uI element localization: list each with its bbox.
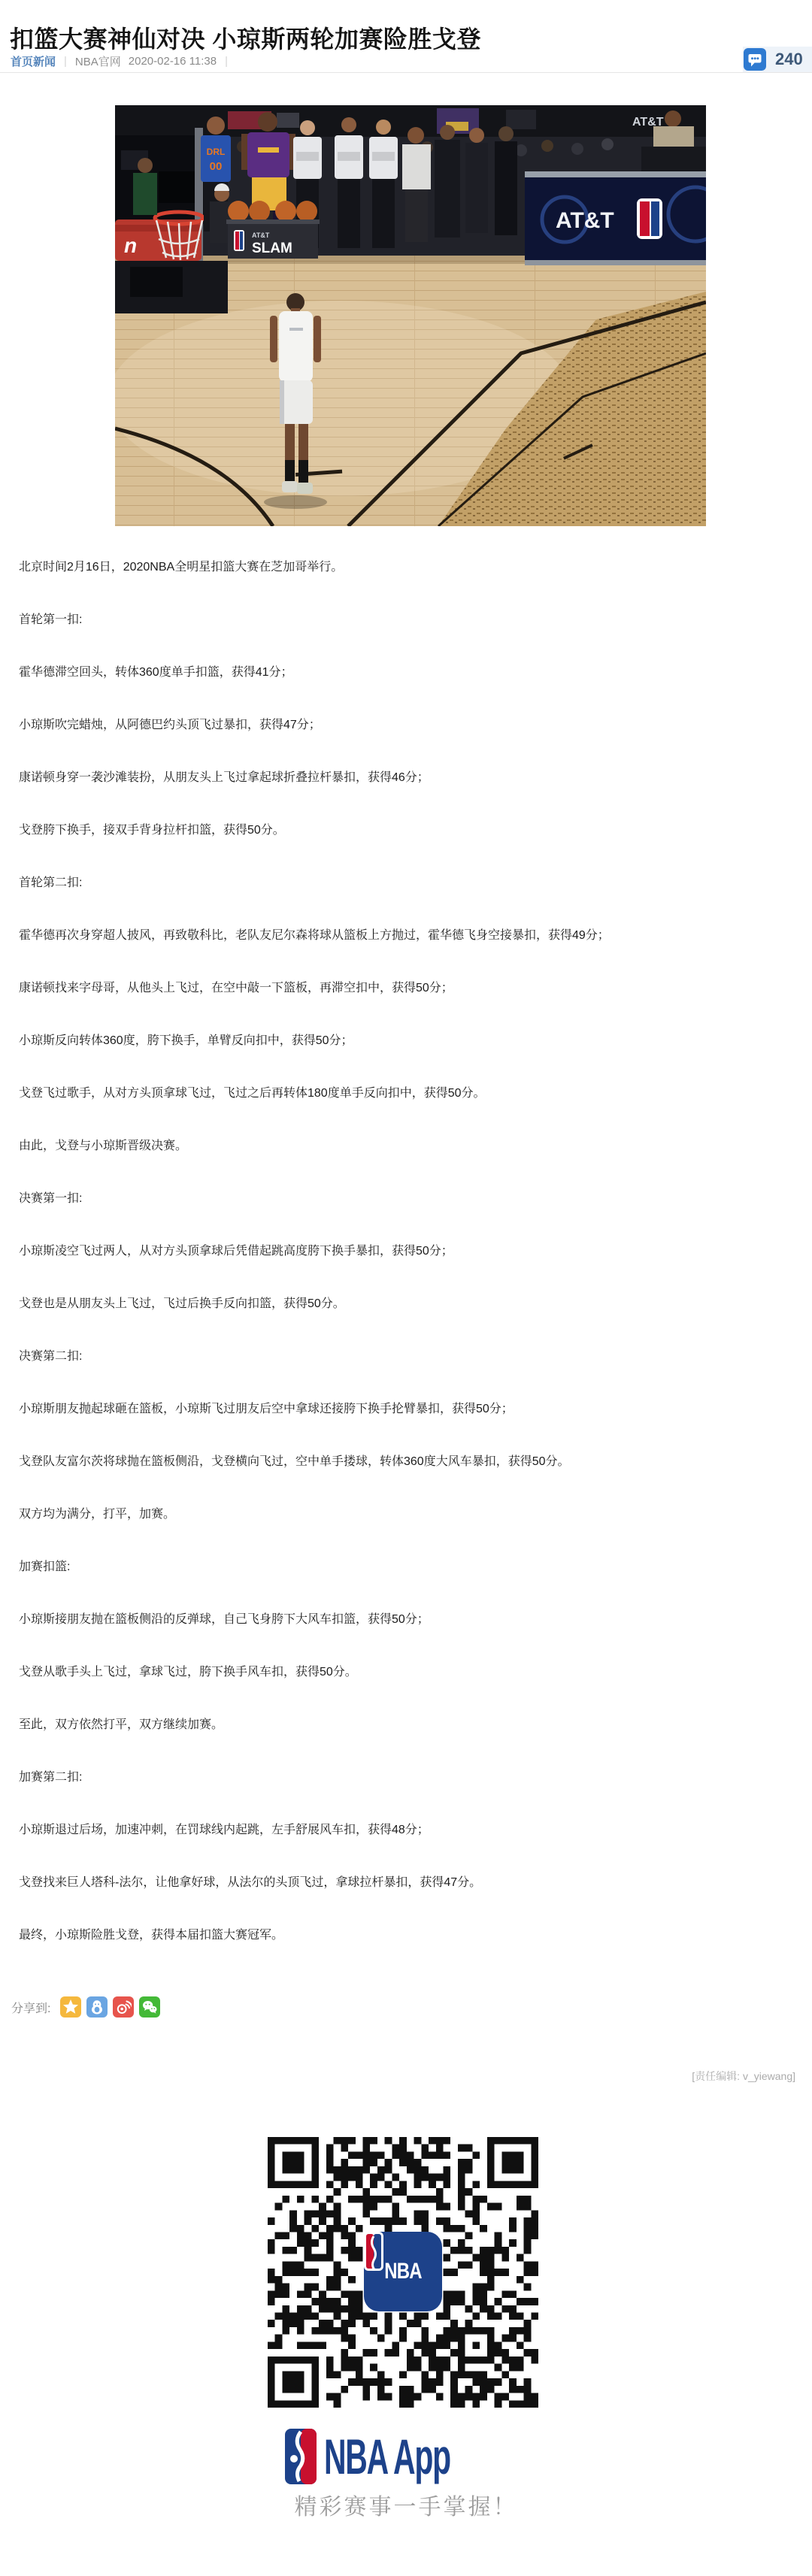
- article-paragraph: 北京时间2月16日，2020NBA全明星扣篮大赛在芝加哥举行。: [19, 560, 793, 575]
- svg-text:DRL: DRL: [207, 147, 226, 157]
- share-qq-button[interactable]: [86, 1996, 108, 2018]
- article-paragraph: 双方均为满分，打平，加赛。: [19, 1507, 793, 1522]
- article-paragraph: 首轮第二扣:: [19, 876, 793, 891]
- share-bar: 分享到:: [11, 1995, 165, 2019]
- led-att-text: AT&T: [556, 208, 614, 233]
- qr-badge-nba-text: NBA: [384, 2259, 422, 2284]
- article-paragraph: 小琼斯吹完蜡烛，从阿德巴约头顶飞过暴扣，获得47分；: [19, 718, 793, 733]
- meta-separator: |: [64, 55, 67, 68]
- dunk-contest-scene: AT&T AT&T: [115, 105, 706, 526]
- svg-text:AT&T: AT&T: [252, 232, 270, 239]
- share-weibo-button[interactable]: [113, 1996, 134, 2018]
- qq-penguin-icon: [89, 1999, 105, 2015]
- article-photo: AT&T AT&T: [115, 105, 706, 526]
- header-divider: [0, 72, 812, 73]
- article-paragraph: 由此，戈登与小琼斯晋级决赛。: [19, 1139, 793, 1154]
- nba-logo-banner: [637, 198, 662, 239]
- editor-note: [责任编辑: v_yiewang]: [692, 2069, 795, 2084]
- article-timestamp: 2020-02-16 11:38: [129, 55, 217, 68]
- nba-app-logo: NBA App: [0, 2426, 812, 2487]
- nba-logoman-icon: [285, 2429, 317, 2484]
- qzone-star-icon: [62, 1999, 79, 2015]
- breadcrumb-home-link[interactable]: 首页新闻: [11, 53, 56, 69]
- wechat-bubbles-icon: [141, 1999, 158, 2015]
- article-paragraph: 决赛第二扣:: [19, 1349, 793, 1364]
- article-source: NBA官网: [75, 53, 121, 69]
- article-page: 扣篮大赛神仙对决 小琼斯两轮加赛险胜戈登 首页新闻 | NBA官网 2020-0…: [0, 0, 812, 2576]
- article-paragraph: 小琼斯凌空飞过两人，从对方头顶拿球后凭借起跳高度胯下换手暴扣，获得50分；: [19, 1244, 793, 1259]
- nba-app-qr-code: NBA: [268, 2137, 538, 2408]
- article-paragraph: 至此，双方依然打平，双方继续加赛。: [19, 1718, 793, 1733]
- nba-app-wordmark: NBA App: [324, 2428, 450, 2485]
- article-body: 北京时间2月16日，2020NBA全明星扣篮大赛在芝加哥举行。 首轮第一扣: 霍…: [19, 560, 793, 1981]
- article-paragraph: 康诺顿身穿一袭沙滩装扮，从朋友头上飞过拿起球折叠拉杆暴扣，获得46分；: [19, 770, 793, 786]
- article-paragraph: 霍华德再次身穿超人披风，再致敬科比，老队友尼尔森将球从篮板上方抛过，霍华德飞身空…: [19, 928, 793, 943]
- rack-sign-slam-text: SLAM: [252, 241, 292, 256]
- article-paragraph: 首轮第一扣:: [19, 613, 793, 628]
- meta-separator: |: [225, 55, 228, 68]
- share-qzone-button[interactable]: [60, 1996, 81, 2018]
- article-paragraph: 小琼斯朋友抛起球砸在篮板，小琼斯飞过朋友后空中拿球还接胯下换手抡臂暴扣，获得50…: [19, 1402, 793, 1417]
- article-paragraph: 最终，小琼斯险胜戈登，获得本届扣篮大赛冠军。: [19, 1928, 793, 1943]
- article-paragraph: 戈登也是从朋友头上飞过，飞过后换手反向扣篮，获得50分。: [19, 1297, 793, 1312]
- app-tagline: 精彩赛事一手掌握！: [0, 2488, 812, 2521]
- comment-button[interactable]: 240: [743, 47, 812, 72]
- share-label: 分享到:: [11, 1999, 50, 2016]
- article-paragraph: 霍华德滞空回头，转体360度单手扣篮，获得41分；: [19, 665, 793, 680]
- weibo-eye-icon: [115, 1999, 132, 2015]
- article-paragraph: 小琼斯退过后场，加速冲刺，在罚球线内起跳，左手舒展风车扣，获得48分；: [19, 1823, 793, 1838]
- svg-text:00: 00: [210, 160, 223, 173]
- article-paragraph: 加赛扣篮:: [19, 1560, 793, 1575]
- qr-center-nba-badge: NBA: [364, 2232, 442, 2311]
- article-paragraph: 戈登从歌手头上飞过，拿球飞过，胯下换手风车扣，获得50分。: [19, 1665, 793, 1680]
- article-paragraph: 戈登胯下换手，接双手背身拉杆扣篮，获得50分。: [19, 823, 793, 838]
- article-paragraph: 小琼斯反向转体360度，胯下换手，单臂反向扣中，获得50分；: [19, 1034, 793, 1049]
- base-brand-letter: n: [124, 234, 137, 257]
- meta-bar: 首页新闻 | NBA官网 2020-02-16 11:38 |: [11, 50, 236, 72]
- nba-logoman-icon: [364, 2232, 383, 2271]
- comment-icon: [744, 48, 766, 71]
- article-paragraph: 戈登飞过歌手，从对方头顶拿球飞过，飞过之后再转体180度单手反向扣中，获得50分…: [19, 1086, 793, 1101]
- article-paragraph: 戈登队友富尔茨将球抛在篮板侧沿，戈登横向飞过，空中单手搂球，转体360度大风车暴…: [19, 1454, 793, 1470]
- article-paragraph: 戈登找来巨人塔科-法尔，让他拿好球，从法尔的头顶飞过，拿球拉杆暴扣，获得47分。: [19, 1875, 793, 1890]
- share-wechat-button[interactable]: [139, 1996, 160, 2018]
- comment-count: 240: [775, 50, 803, 69]
- article-paragraph: 加赛第二扣:: [19, 1770, 793, 1785]
- article-paragraph: 小琼斯接朋友抛在篮板侧沿的反弹球，自己飞身胯下大风车扣篮，获得50分；: [19, 1612, 793, 1627]
- article-paragraph: 决赛第一扣:: [19, 1191, 793, 1206]
- article-paragraph: 康诺顿找来字母哥，从他头上飞过，在空中敲一下篮板，再滞空扣中，获得50分；: [19, 981, 793, 996]
